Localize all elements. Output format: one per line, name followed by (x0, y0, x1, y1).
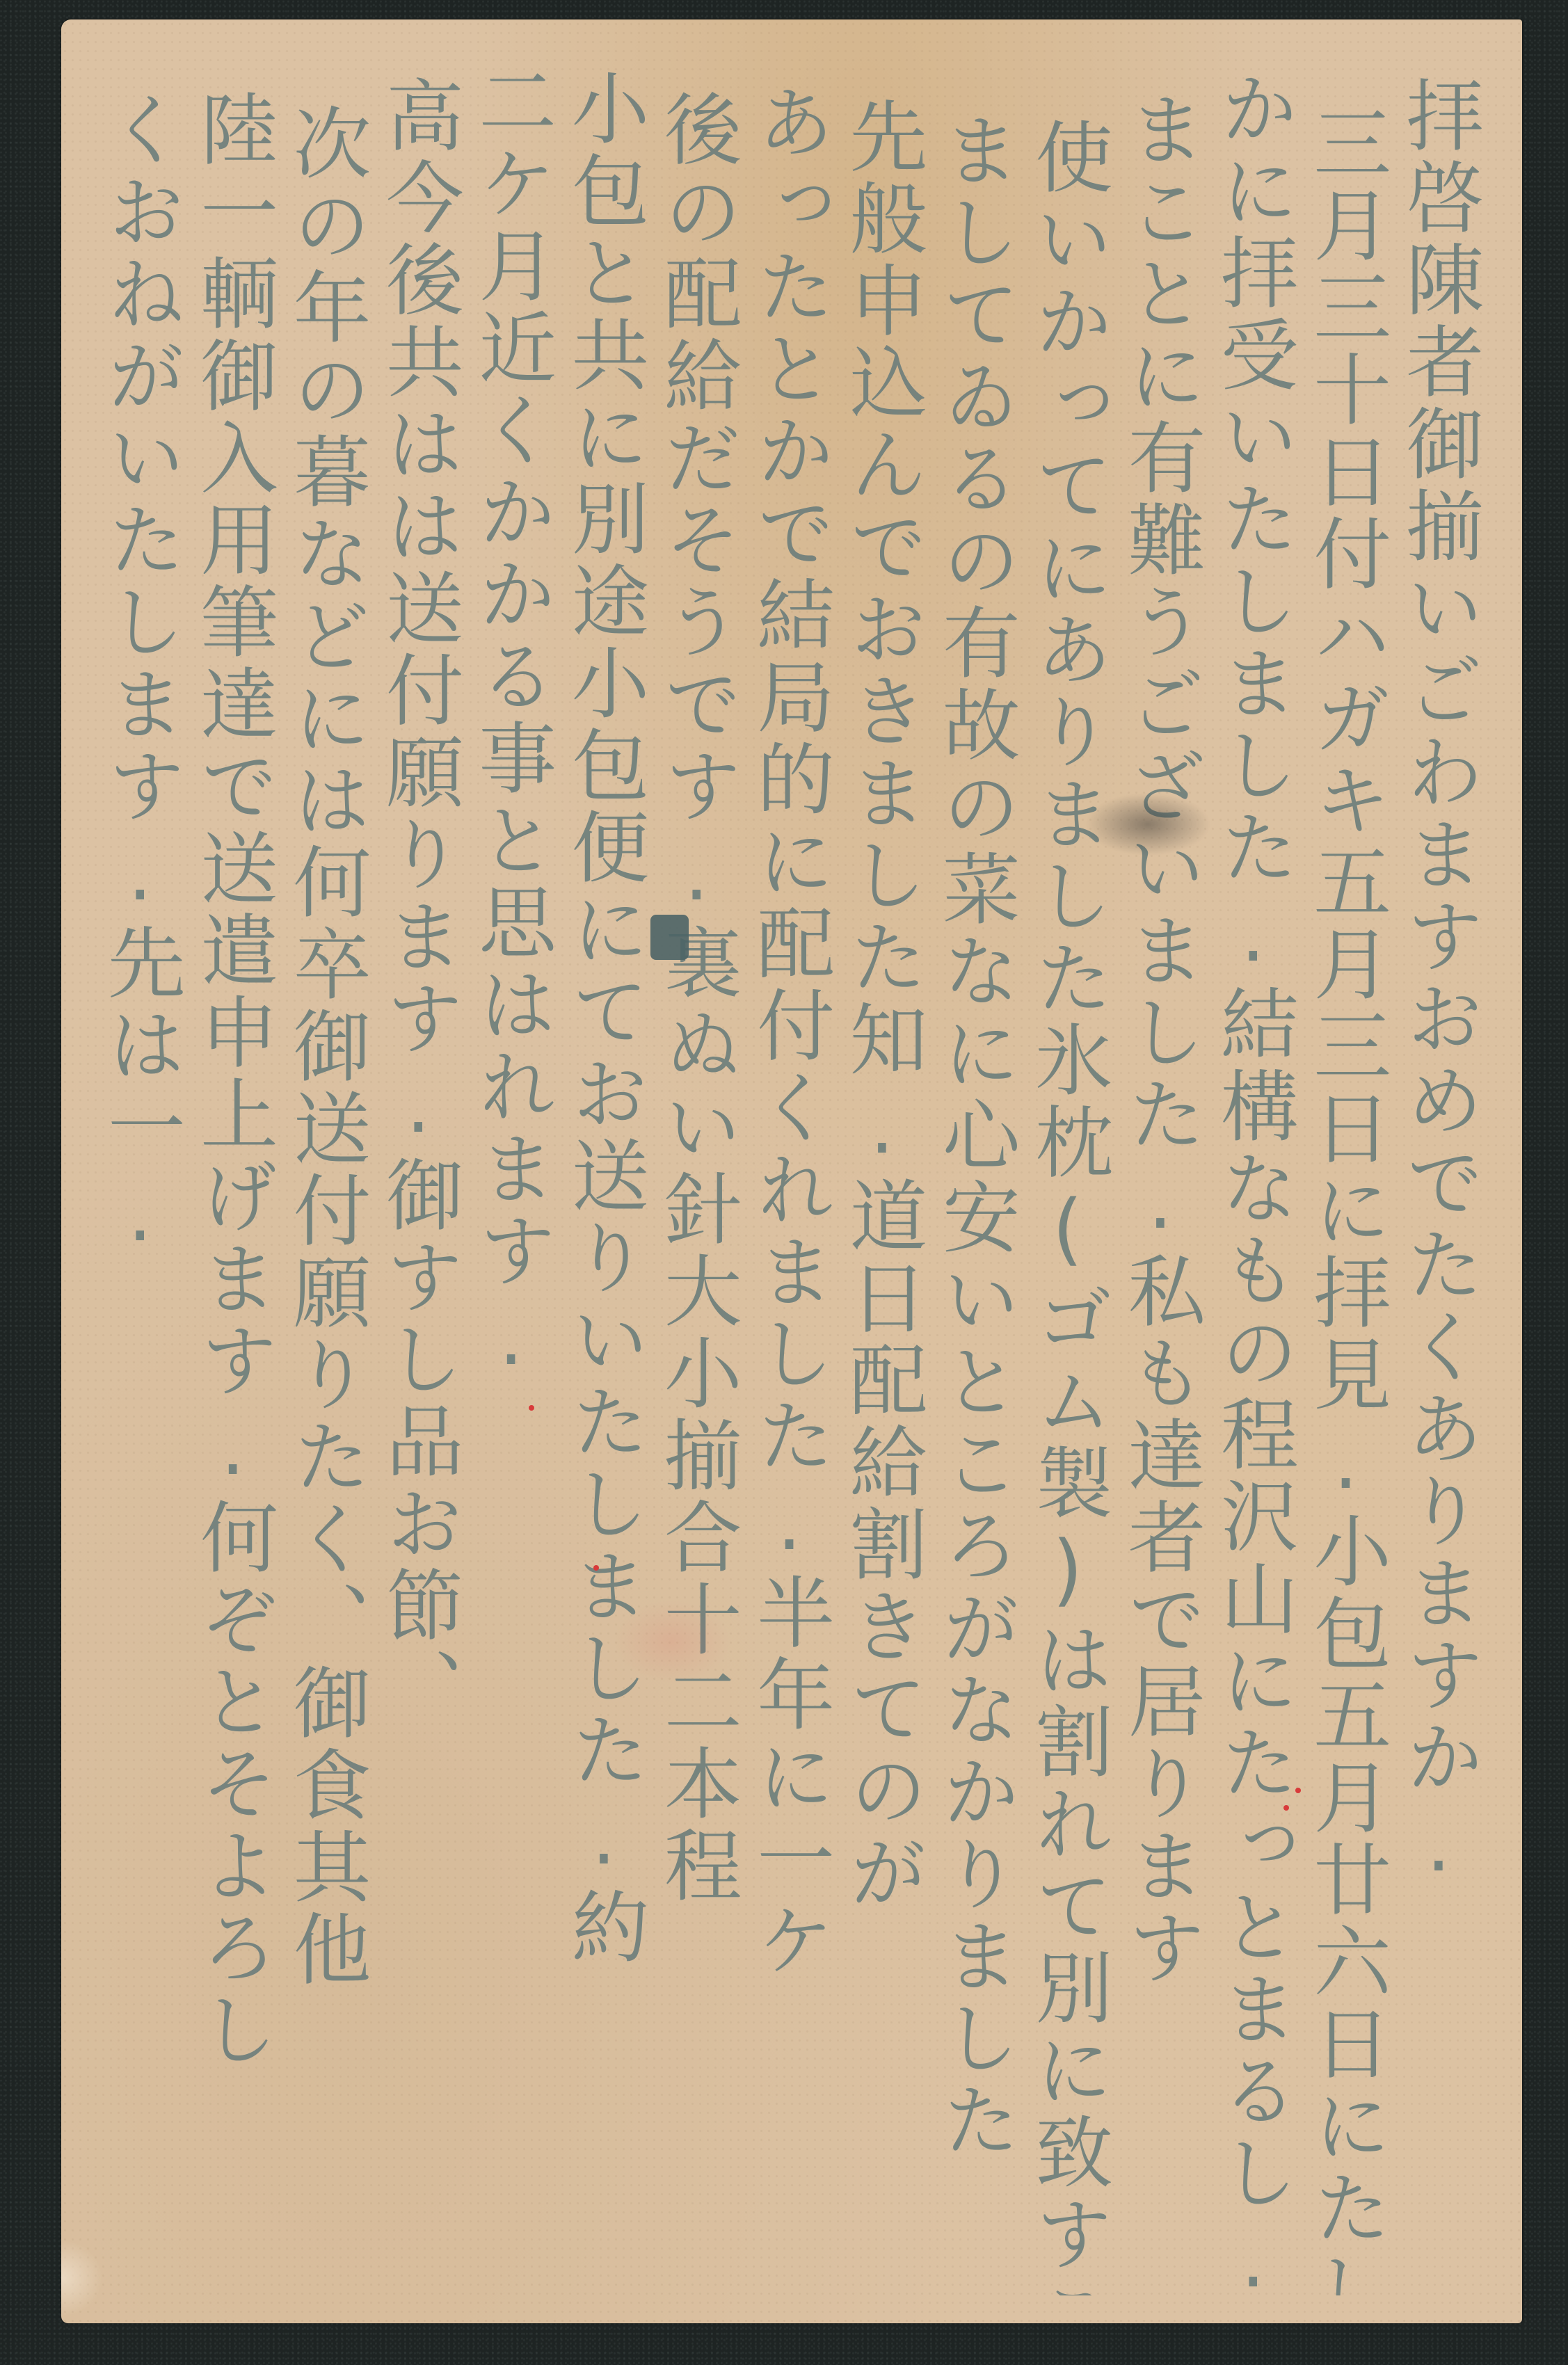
text-column-12: 高今後共はは送付願ります.御すし品お節、 (374, 47, 467, 2295)
text-column-14: 陸一輌御入用筆達で送遣申上げます.何ぞとそよろし (189, 47, 281, 2295)
worn-corner (61, 2240, 103, 2316)
text-column-8: あったとかで結局的に配付くれました.半年に一ケ (745, 47, 838, 2295)
red-ink-haze (612, 1600, 730, 1683)
text-column-6: ましてゐるの有故の菜なに心安いところがなかりました (931, 47, 1023, 2295)
text-column-15: くおねがいたします.先は一. (96, 47, 189, 2295)
red-speck (593, 1565, 599, 1571)
ink-blot (650, 915, 689, 960)
text-column-9: 後の配給だそうです.裏ぬい針大小揃合十二本程 (653, 47, 745, 2295)
text-column-2: 三月三十日付ハガキ五月三日に拝見.小包五月廿六日にたし (1302, 47, 1394, 2295)
text-column-10: 小包と共に別途小包便にてお送りいたしました.約 (560, 47, 653, 2295)
text-column-5: 使いかってにありました氷枕(ゴム製)は割れて別に致すことみ (1023, 47, 1116, 2295)
red-speck (529, 1405, 534, 1411)
text-column-13: 次の年の暮などには何卒御送付願りたく、御食其他 (282, 47, 374, 2295)
text-column-1: 拝啓陳者御揃いごわますおめでたくありますか. (1395, 47, 1487, 2295)
text-column-4: まことに有難うございました.私も達者で居ります (1117, 47, 1209, 2295)
text-column-3: かに拝受いたしました.結構なもの程沢山にたっとまるし. (1209, 47, 1302, 2295)
red-speck (1295, 1788, 1301, 1793)
handwritten-text-columns: 拝啓陳者御揃いごわますおめでたくありますか. 三月三十日付ハガキ五月三日に拝見.… (89, 47, 1494, 2295)
postcard: 拝啓陳者御揃いごわますおめでたくありますか. 三月三十日付ハガキ五月三日に拝見.… (61, 19, 1522, 2323)
text-column-7: 先般申込んでおきました知.道日配給割きてのが (838, 47, 931, 2295)
red-speck (1283, 1805, 1289, 1811)
postmark-smudge (1085, 793, 1210, 856)
text-column-11: 二ケ月近くかかる事と思はれます. (467, 47, 559, 2295)
